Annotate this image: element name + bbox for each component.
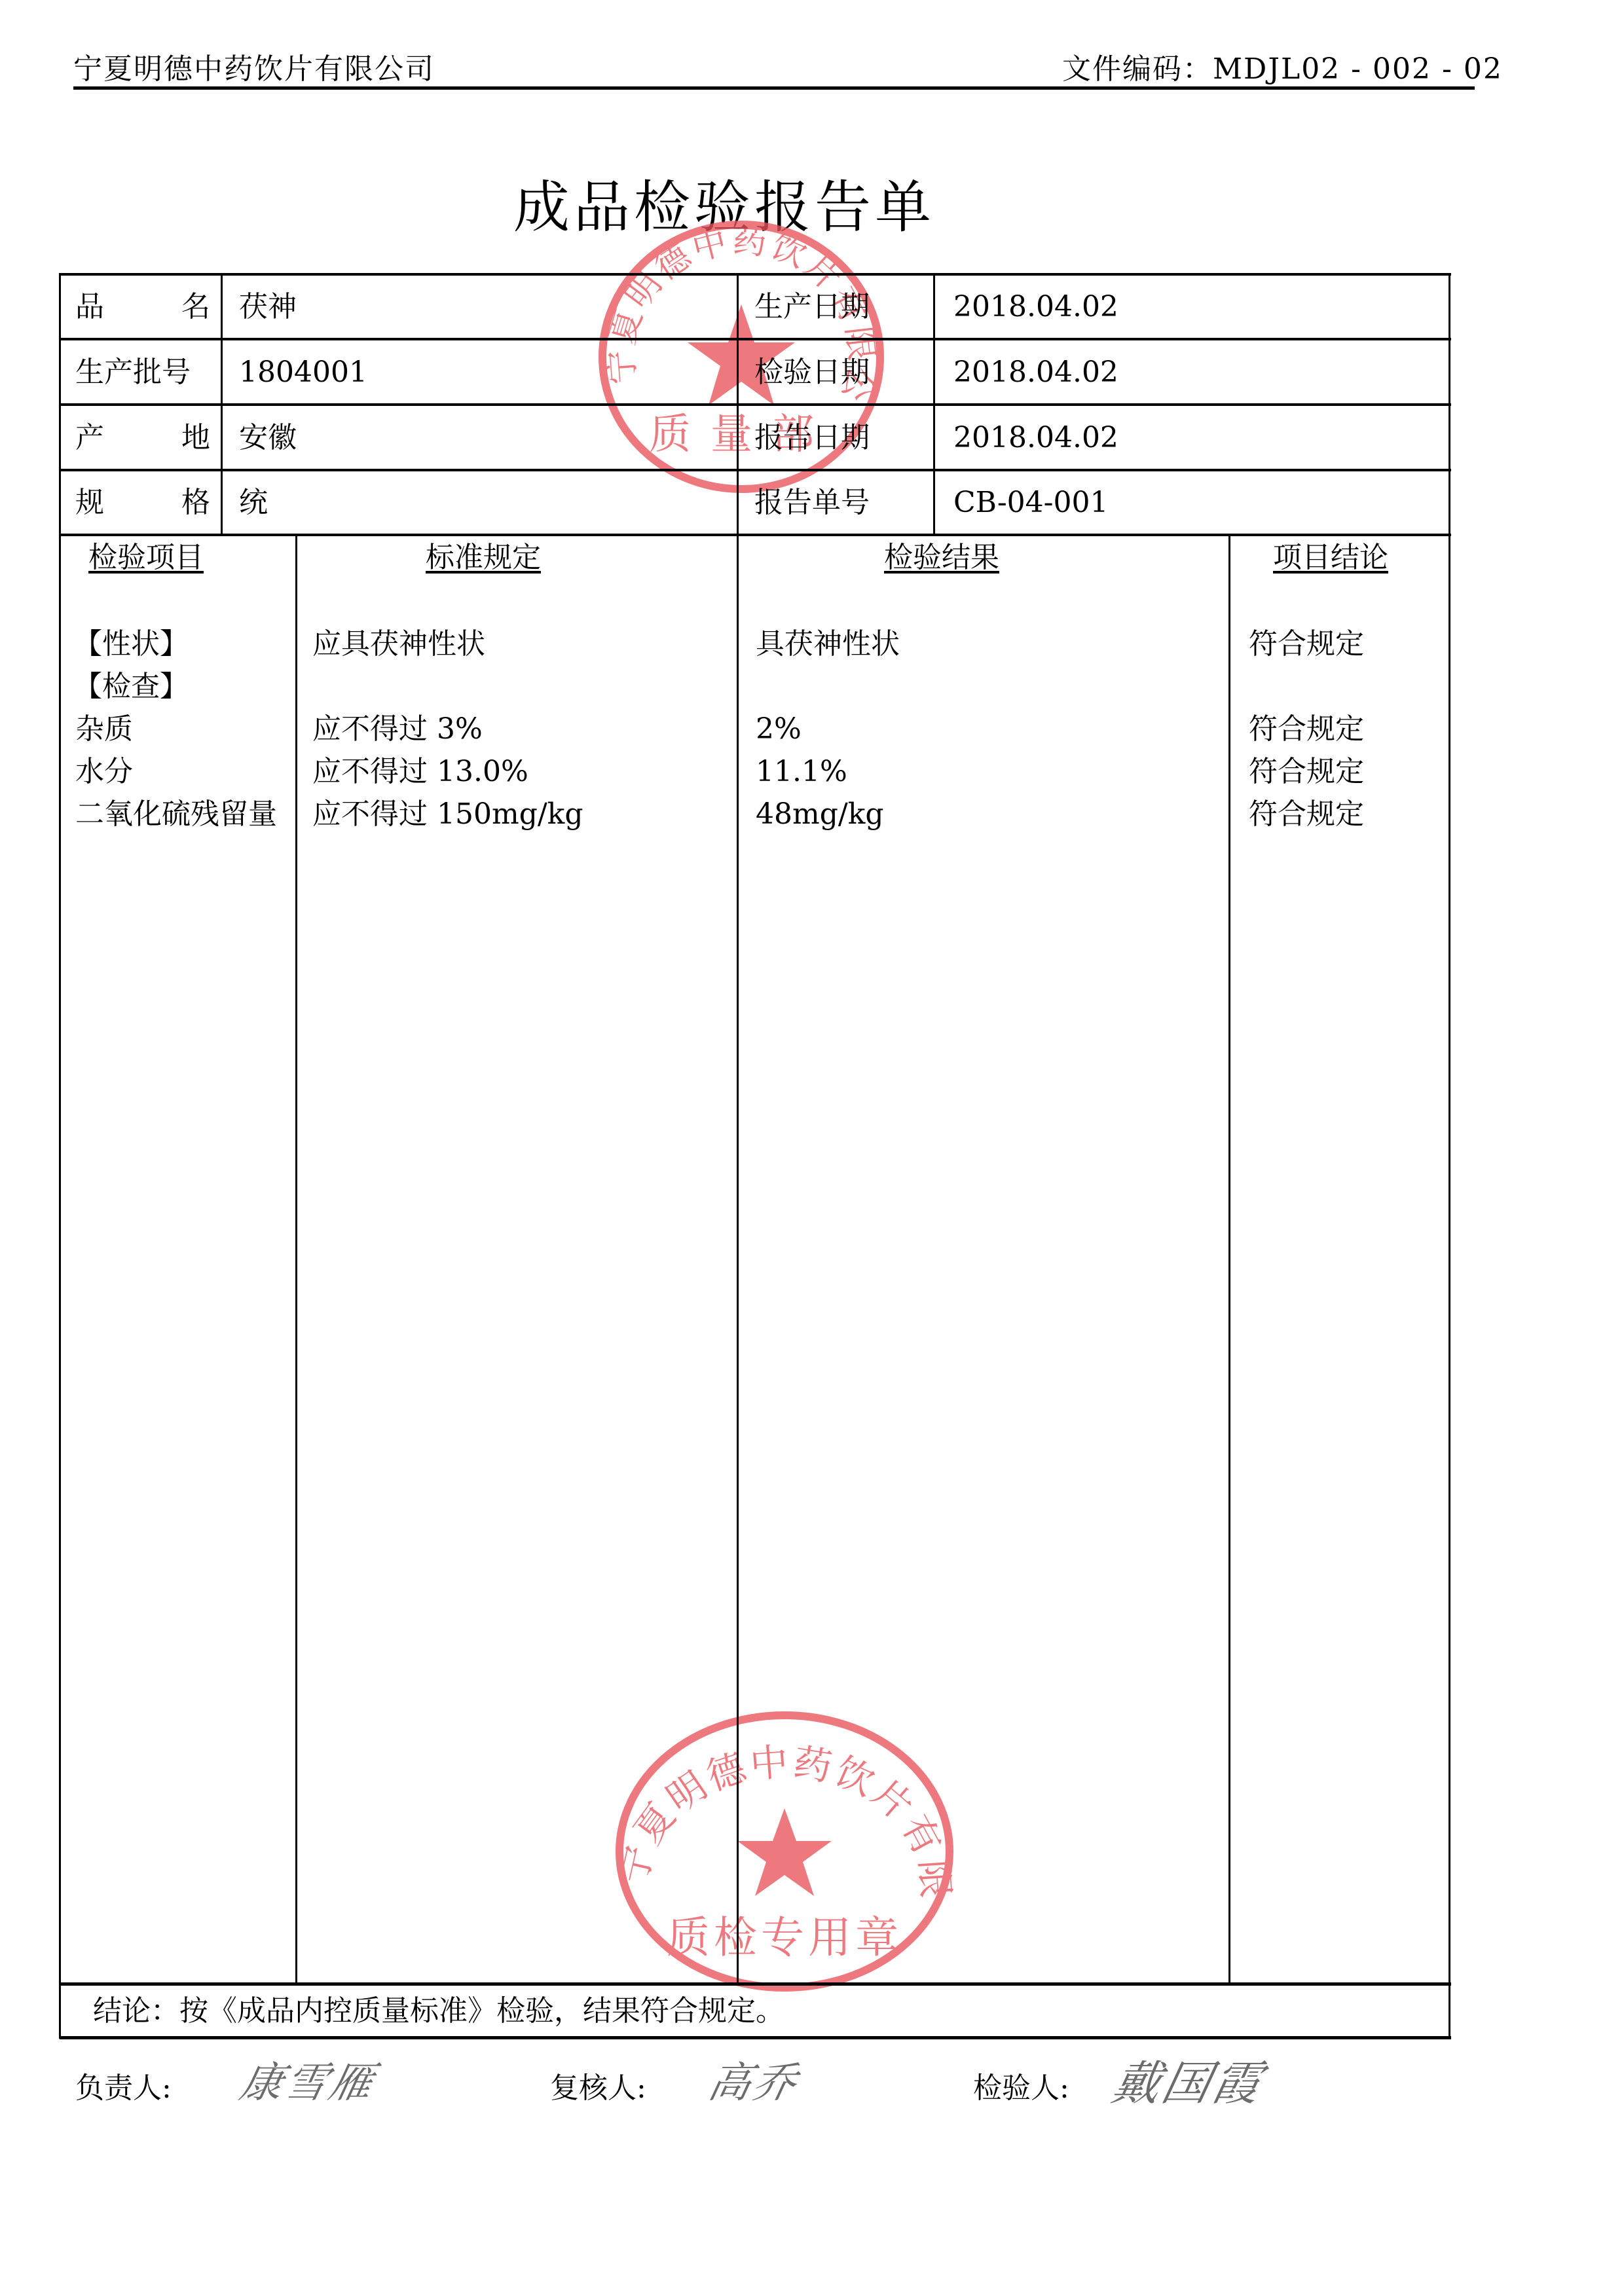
- label-char: 格: [181, 488, 210, 517]
- item-name: 二氧化硫残留量: [75, 800, 277, 829]
- value-production-date: 2018.04.02: [953, 293, 1118, 321]
- item-name: 【检查】: [73, 672, 189, 701]
- value-origin: 安徽: [239, 424, 297, 452]
- item-result: 48mg/kg: [756, 800, 884, 829]
- value-product-name: 茯神: [239, 293, 297, 321]
- column-header-standard: 标准规定: [426, 543, 541, 572]
- item-standard: 应不得过 13.0%: [312, 757, 528, 786]
- label-char: 名: [181, 293, 210, 321]
- value-spec: 统: [239, 488, 268, 517]
- inspector-signature: 戴国霞: [1109, 2062, 1267, 2104]
- inspector-label: 检验人:: [973, 2074, 1069, 2103]
- label-inspection-date: 检验日期: [754, 358, 870, 387]
- document-code-value: MDJL02 - 002 - 02: [1213, 52, 1503, 86]
- label-batch-no: 生产批号: [75, 358, 191, 387]
- label-report-no: 报告单号: [754, 488, 870, 517]
- label-char: 地: [181, 424, 210, 452]
- item-result: 具茯神性状: [756, 630, 900, 659]
- document-code-label: 文件编码：: [1062, 52, 1213, 86]
- label-char: 产: [75, 424, 104, 452]
- item-conclusion: 符合规定: [1249, 800, 1364, 829]
- item-name: 杂质: [75, 715, 133, 744]
- column-header-item: 检验项目: [88, 543, 204, 572]
- item-standard: 应不得过 150mg/kg: [312, 800, 583, 829]
- quality-inspection-stamp: 宁夏明德中药饮片有限公司 质检专用章: [614, 1710, 955, 1993]
- value-batch-no: 1804001: [239, 358, 367, 387]
- item-result: 11.1%: [756, 757, 847, 786]
- value-report-no: CB-04-001: [953, 488, 1109, 517]
- svg-text:质检专用章: 质检专用章: [667, 1912, 902, 1963]
- item-conclusion: 符合规定: [1249, 757, 1364, 786]
- column-header-conclusion: 项目结论: [1273, 543, 1388, 572]
- header-rule: [73, 86, 1475, 90]
- label-origin: 产地: [75, 424, 210, 452]
- company-name: 宁夏明德中药饮片有限公司: [73, 55, 435, 84]
- item-name: 【性状】: [73, 630, 189, 659]
- label-report-date: 报告日期: [754, 424, 870, 452]
- value-report-date: 2018.04.02: [953, 424, 1118, 452]
- item-standard: 应具茯神性状: [312, 630, 485, 659]
- item-name: 水分: [75, 757, 133, 786]
- item-conclusion: 符合规定: [1249, 715, 1364, 744]
- reviewer-label: 复核人:: [550, 2074, 646, 2103]
- value-inspection-date: 2018.04.02: [953, 358, 1118, 387]
- item-standard: 应不得过 3%: [312, 715, 483, 744]
- document-code: 文件编码：MDJL02 - 002 - 02: [1062, 55, 1503, 84]
- stamp-icon: 宁夏明德中药饮片有限公司 质检专用章: [614, 1710, 955, 1993]
- item-result: 2%: [756, 715, 802, 744]
- item-conclusion: 符合规定: [1249, 630, 1364, 659]
- overall-conclusion: 结论：按《成品内控质量标准》检验，结果符合规定。: [93, 1997, 784, 2026]
- reviewer-signature: 高乔: [705, 2062, 803, 2104]
- responsible-label: 负责人:: [75, 2074, 172, 2103]
- label-char: 品: [75, 293, 104, 321]
- label-spec: 规格: [75, 488, 210, 517]
- label-product-name: 品名: [75, 293, 210, 321]
- label-production-date: 生产日期: [754, 293, 870, 321]
- label-char: 规: [75, 488, 104, 517]
- column-header-result: 检验结果: [884, 543, 999, 572]
- responsible-signature: 康雪雁: [236, 2062, 379, 2104]
